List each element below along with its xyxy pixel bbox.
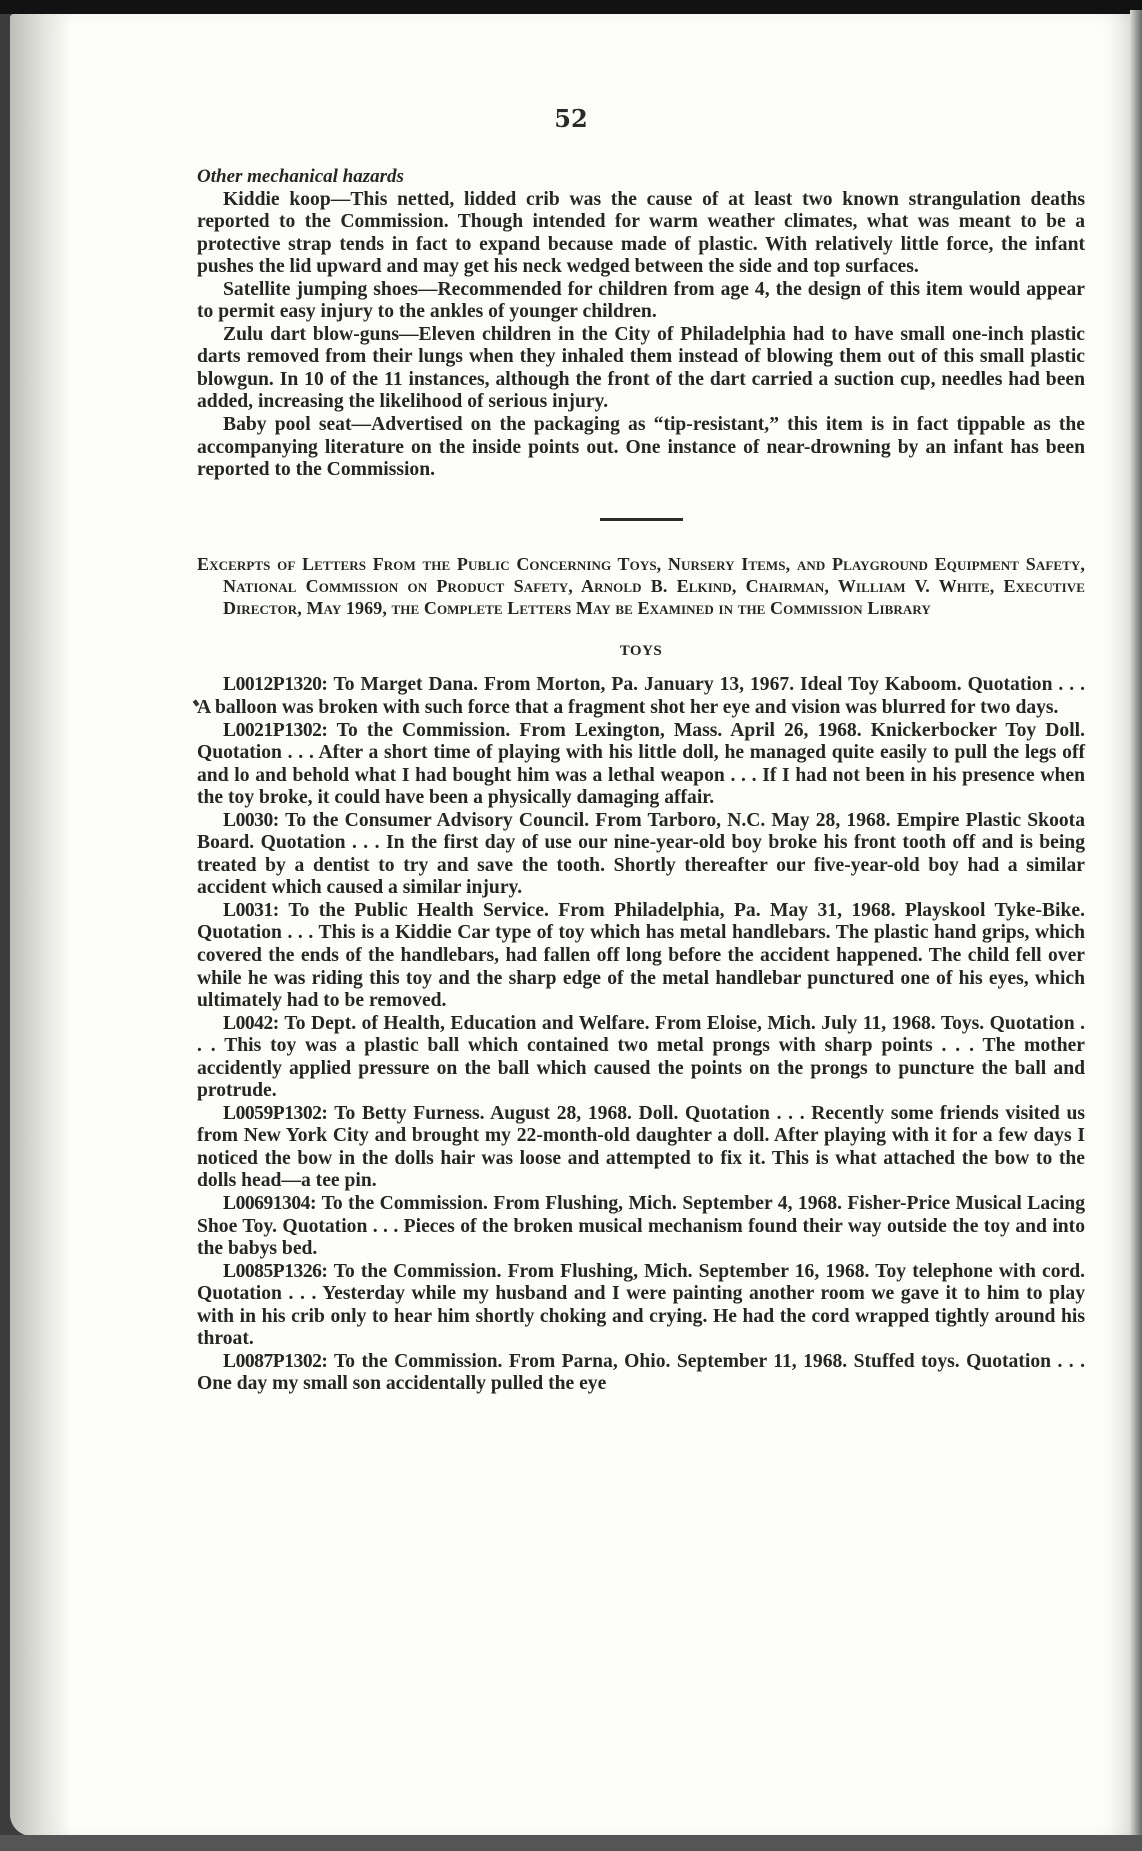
- text-column: Other mechanical hazards Kiddie koop—Thi…: [197, 166, 1085, 1396]
- hazard-paragraph-kiddie-koop: Kiddie koop—This netted, lidded crib was…: [197, 189, 1085, 279]
- letter-code: L0021P1302: [223, 720, 321, 741]
- letter-code: L0031: [223, 900, 273, 921]
- letter-entry: L0030: To the Consumer Advisory Council.…: [197, 810, 1085, 900]
- scan-bottom-edge: [0, 1835, 1142, 1851]
- excerpts-heading: Excerpts of Letters From the Public Conc…: [197, 553, 1085, 620]
- letters-list: L0012P1320: To Marget Dana. From Morton,…: [197, 674, 1085, 1396]
- section-divider: [600, 518, 683, 521]
- hazard-paragraph-pool-seat: Baby pool seat—Advertised on the packagi…: [197, 414, 1085, 482]
- letter-code-separator: :: [273, 810, 285, 831]
- letter-code-separator: :: [273, 1013, 285, 1034]
- page-number: 52: [0, 104, 1142, 133]
- letter-code-separator: :: [310, 1193, 322, 1214]
- letter-code: L0087P1302: [223, 1351, 321, 1372]
- letter-code: L0085P1326: [223, 1261, 321, 1282]
- scan-top-edge: [0, 0, 1142, 14]
- hazard-paragraph-dart-blowguns: Zulu dart blow-guns—Eleven children in t…: [197, 324, 1085, 414]
- hazard-paragraph-jumping-shoes: Satellite jumping shoes—Recommended for …: [197, 279, 1085, 324]
- letter-entry: L00691304: To the Commission. From Flush…: [197, 1193, 1085, 1261]
- page-binding-shadow: [10, 14, 72, 1836]
- letter-text: To the Consumer Advisory Council. From T…: [197, 810, 1085, 899]
- letter-code-separator: :: [321, 1103, 334, 1124]
- letter-code: L00691304: [223, 1193, 310, 1214]
- letter-code-separator: :: [321, 1261, 333, 1282]
- letter-code: L0012P1320: [223, 674, 321, 695]
- letter-code: L0059P1302: [223, 1103, 321, 1124]
- section-heading: Other mechanical hazards: [197, 166, 1085, 189]
- letter-code-separator: :: [273, 900, 289, 921]
- letter-code-separator: :: [321, 720, 336, 741]
- letter-entry: L0087P1302: To the Commission. From Parn…: [197, 1351, 1085, 1396]
- letter-code-separator: :: [321, 1351, 334, 1372]
- letter-text: To the Commission. From Flushing, Mich. …: [197, 1193, 1085, 1259]
- letter-entry: L0031: To the Public Health Service. Fro…: [197, 900, 1085, 1013]
- page-right-edge: [1130, 10, 1142, 1840]
- letter-text: To the Public Health Service. From Phila…: [197, 900, 1085, 1011]
- letter-code: L0030: [223, 810, 273, 831]
- letter-code-separator: :: [321, 674, 333, 695]
- letter-entry: L0042: To Dept. of Health, Education and…: [197, 1013, 1085, 1103]
- toys-subheading: TOYS: [197, 640, 1085, 663]
- letter-entry: L0059P1302: To Betty Furness. August 28,…: [197, 1103, 1085, 1193]
- letter-entry: L0085P1326: To the Commission. From Flus…: [197, 1261, 1085, 1351]
- letter-text: To Dept. of Health, Education and Welfar…: [197, 1013, 1085, 1102]
- letter-code: L0042: [223, 1013, 273, 1034]
- letter-entry: L0012P1320: To Marget Dana. From Morton,…: [197, 674, 1085, 719]
- letter-entry: L0021P1302: To the Commission. From Lexi…: [197, 720, 1085, 810]
